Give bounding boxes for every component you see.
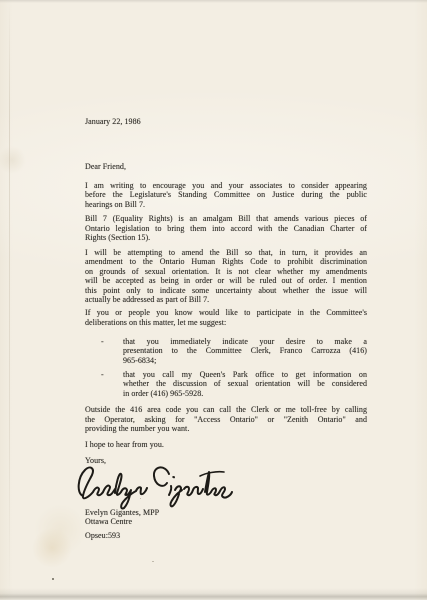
salutation: Dear Friend, xyxy=(85,162,367,172)
text-line: will be accepted as being in order or wi… xyxy=(85,276,367,286)
bullet-dash: - xyxy=(85,370,123,399)
text-line: providing the number you want. xyxy=(85,424,367,434)
reference-code: Opseu:593 xyxy=(85,531,367,541)
scanned-letter-page: January 22, 1986 Dear Friend, I am writi… xyxy=(0,0,427,600)
paper-crease-line xyxy=(9,0,10,600)
paper-top-edge xyxy=(0,0,427,3)
bullet-item-queens-park: - that you call my Queen's Park office t… xyxy=(85,370,367,399)
paragraph-bill7: Bill 7 (Equality Rights) is an amalgam B… xyxy=(85,214,367,243)
paragraph-tollfree: Outside the 416 area code you can call t… xyxy=(85,405,367,434)
paragraph-amendment: I will be attempting to amend the Bill s… xyxy=(85,248,367,305)
paragraph-hope: I hope to hear from you. xyxy=(85,440,367,450)
bullet-item-presentation: - that you immediately indicate your des… xyxy=(85,337,367,366)
paper-speck xyxy=(52,578,54,580)
text-line: Ontario legislation to bring them into a… xyxy=(85,224,367,234)
text-line: Outside the 416 area code you can call t… xyxy=(85,405,367,415)
paragraph-intro: I am writing to encourage you and your a… xyxy=(85,181,367,210)
text-line: 965-6834; xyxy=(123,356,367,366)
text-line: amendment to the Ontario Human Rights Co… xyxy=(85,257,367,267)
text-line: Bill 7 (Equality Rights) is an amalgam B… xyxy=(85,214,367,224)
paragraph-participate: If you or people you know would like to … xyxy=(85,308,367,327)
text-line: that you call my Queen's Park office to … xyxy=(123,370,367,380)
text-line: I am writing to encourage you and your a… xyxy=(85,181,367,191)
text-line: presentation to the Committee Clerk, Fra… xyxy=(123,346,367,356)
text-line: before the Legislature's Standing Commit… xyxy=(85,190,367,200)
bullet-dash: - xyxy=(85,337,123,366)
text-line: on grounds of sexual orientation. It is … xyxy=(85,267,367,277)
paper-bottom-shadow xyxy=(0,588,427,600)
text-line: this point only to indicate some uncerta… xyxy=(85,286,367,296)
text-line: I will be attempting to amend the Bill s… xyxy=(85,248,367,258)
bullet-text: that you immediately indicate your desir… xyxy=(123,337,367,366)
text-line: the Operator, asking for "Access Ontario… xyxy=(85,415,367,425)
text-line: deliberations on this matter, let me sug… xyxy=(85,318,367,328)
text-line: whether the discussion of sexual orienta… xyxy=(123,379,367,389)
riding: Ottawa Centre xyxy=(85,517,367,527)
signature-handwriting xyxy=(74,460,244,514)
text-line: that you immediately indicate your desir… xyxy=(123,337,367,347)
bullet-text: that you call my Queen's Park office to … xyxy=(123,370,367,399)
text-line: Rights (Section 15). xyxy=(85,233,367,243)
paper-speck xyxy=(152,561,154,562)
letter-date: January 22, 1986 xyxy=(85,117,367,127)
text-line: If you or people you know would like to … xyxy=(85,308,367,318)
text-line: hearings on Bill 7. xyxy=(85,200,367,210)
text-line: in order (416) 965-5928. xyxy=(123,389,367,399)
text-line: actually be addressed as part of Bill 7. xyxy=(85,295,367,305)
